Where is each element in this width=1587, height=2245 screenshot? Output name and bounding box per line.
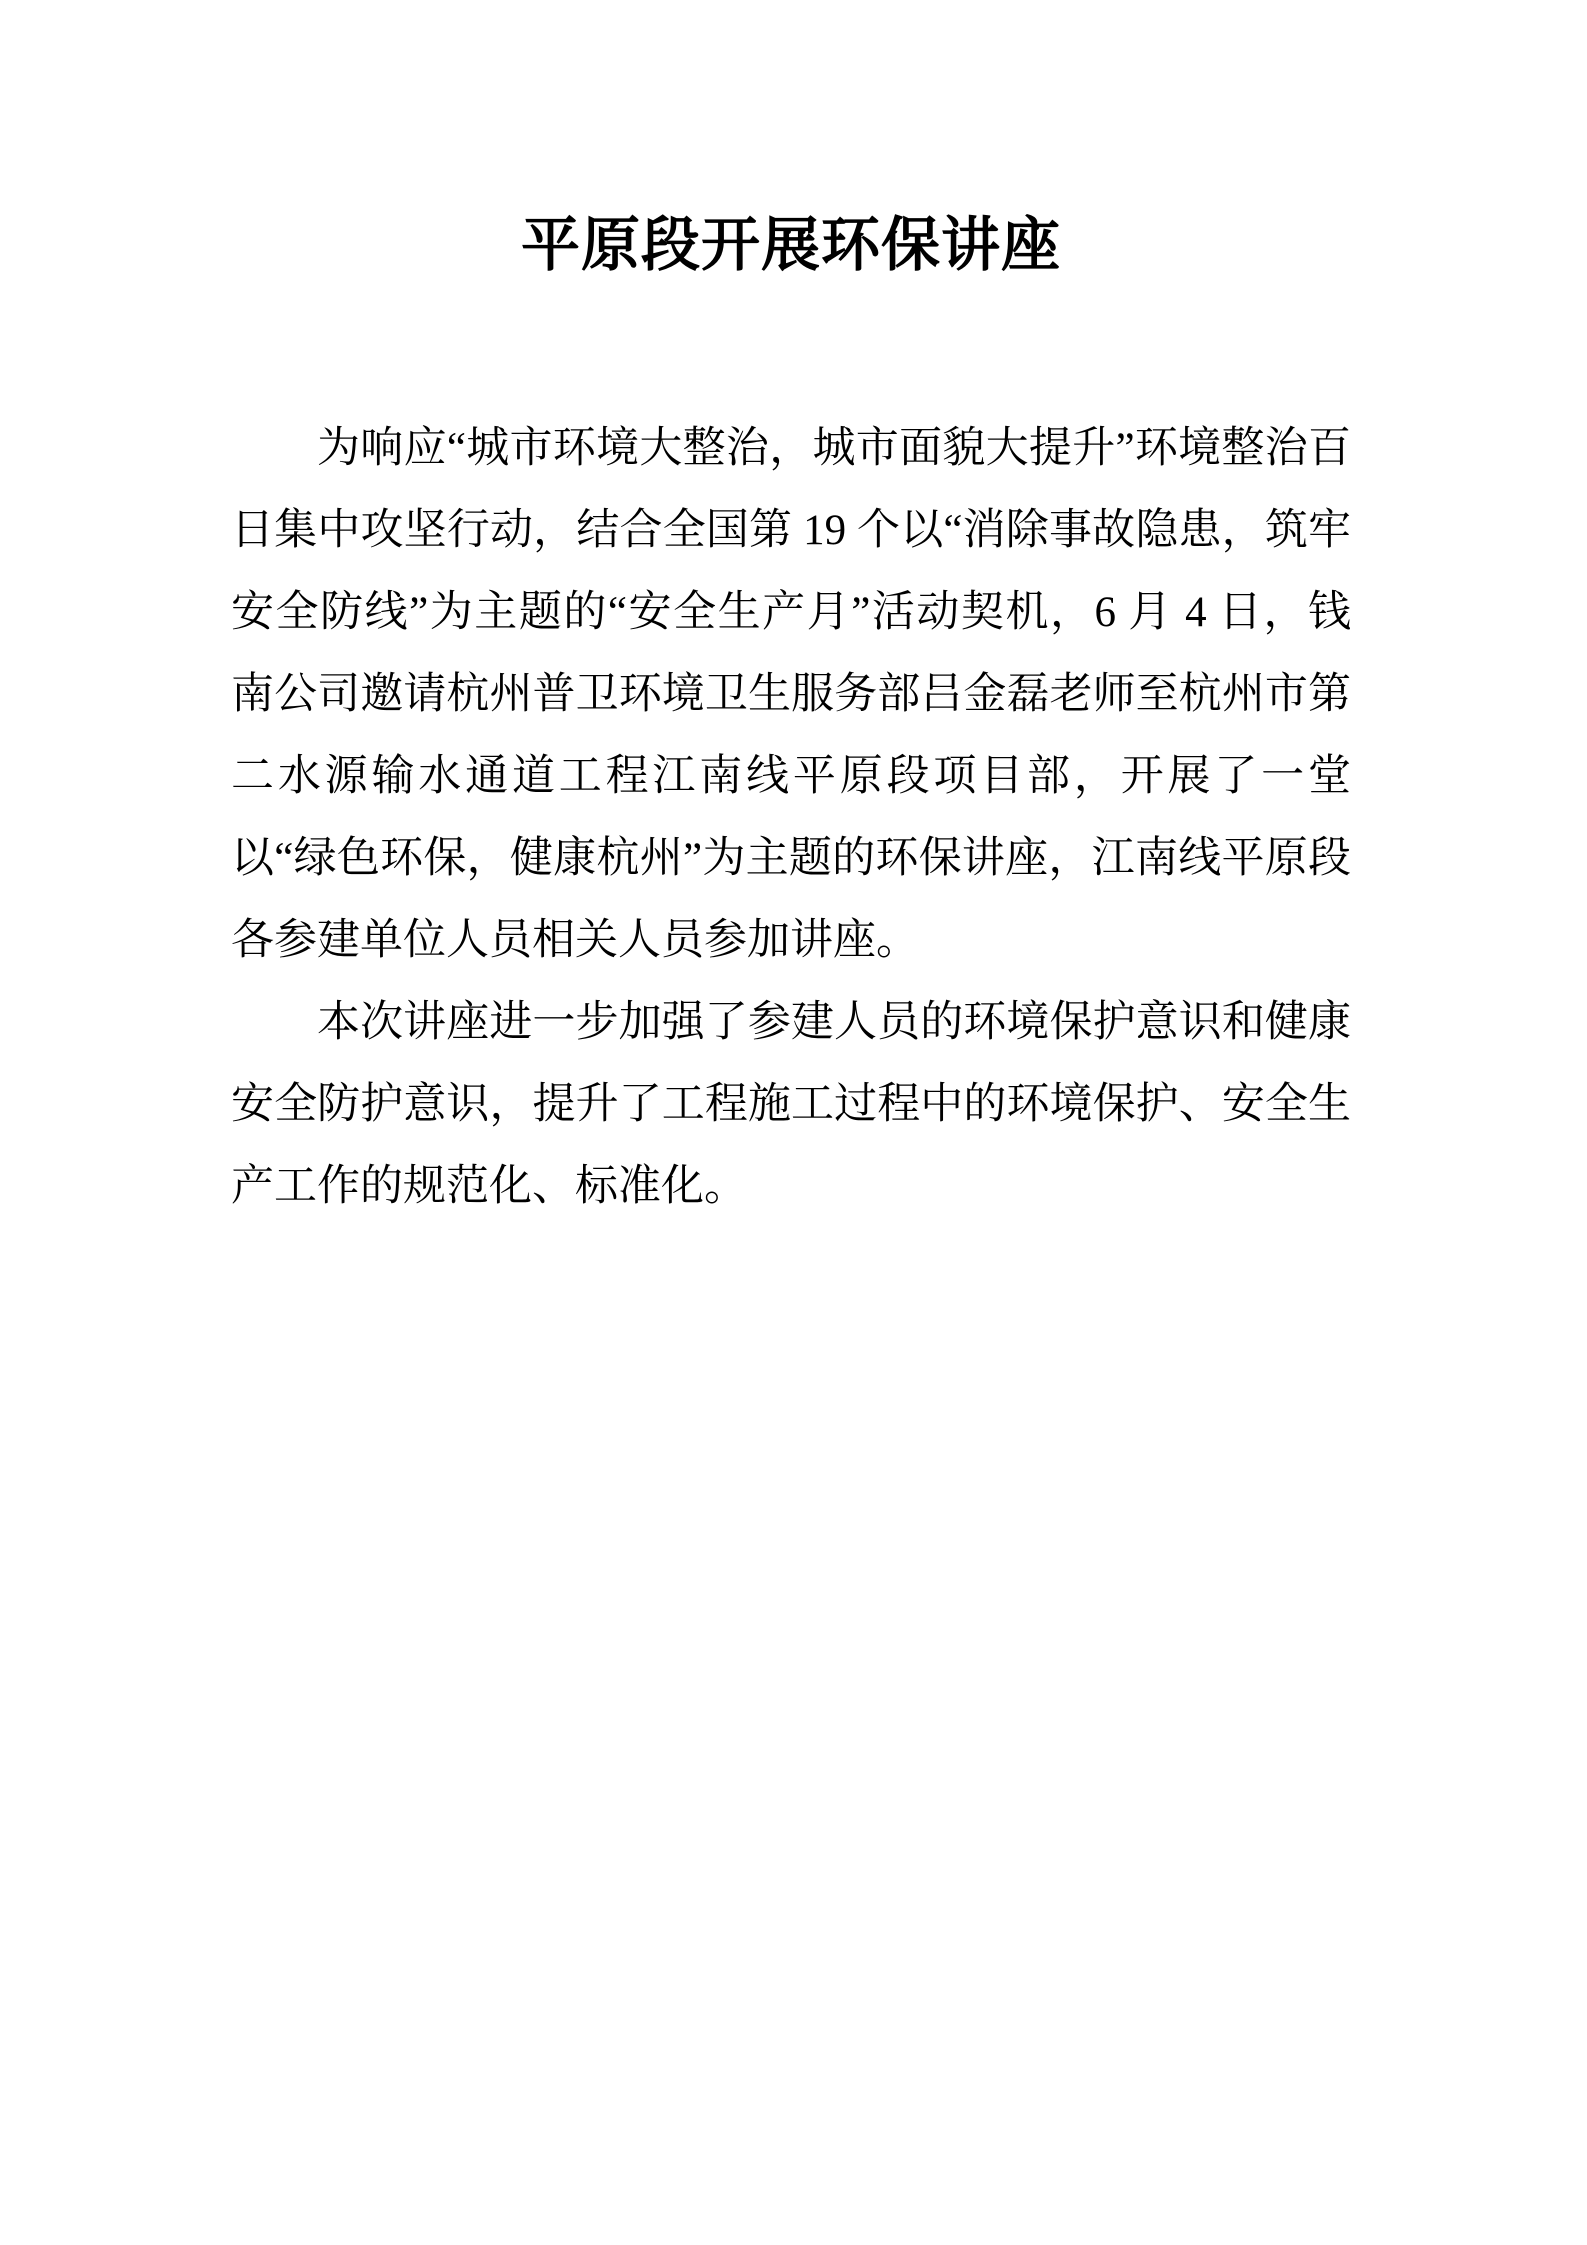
document-content: 平原段开展环保讲座 为响应“城市环境大整治，城市面貌大提升”环境整治百日集中攻坚…: [231, 0, 1351, 1228]
document-title: 平原段开展环保讲座: [231, 210, 1351, 280]
document-body: 为响应“城市环境大整治，城市面貌大提升”环境整治百日集中攻坚行动，结合全国第 1…: [231, 408, 1351, 1228]
paragraph-1: 为响应“城市环境大整治，城市面貌大提升”环境整治百日集中攻坚行动，结合全国第 1…: [231, 408, 1351, 982]
paragraph-2: 本次讲座进一步加强了参建人员的环境保护意识和健康安全防护意识，提升了工程施工过程…: [231, 982, 1351, 1228]
document-page: 平原段开展环保讲座 为响应“城市环境大整治，城市面貌大提升”环境整治百日集中攻坚…: [0, 0, 1587, 2245]
